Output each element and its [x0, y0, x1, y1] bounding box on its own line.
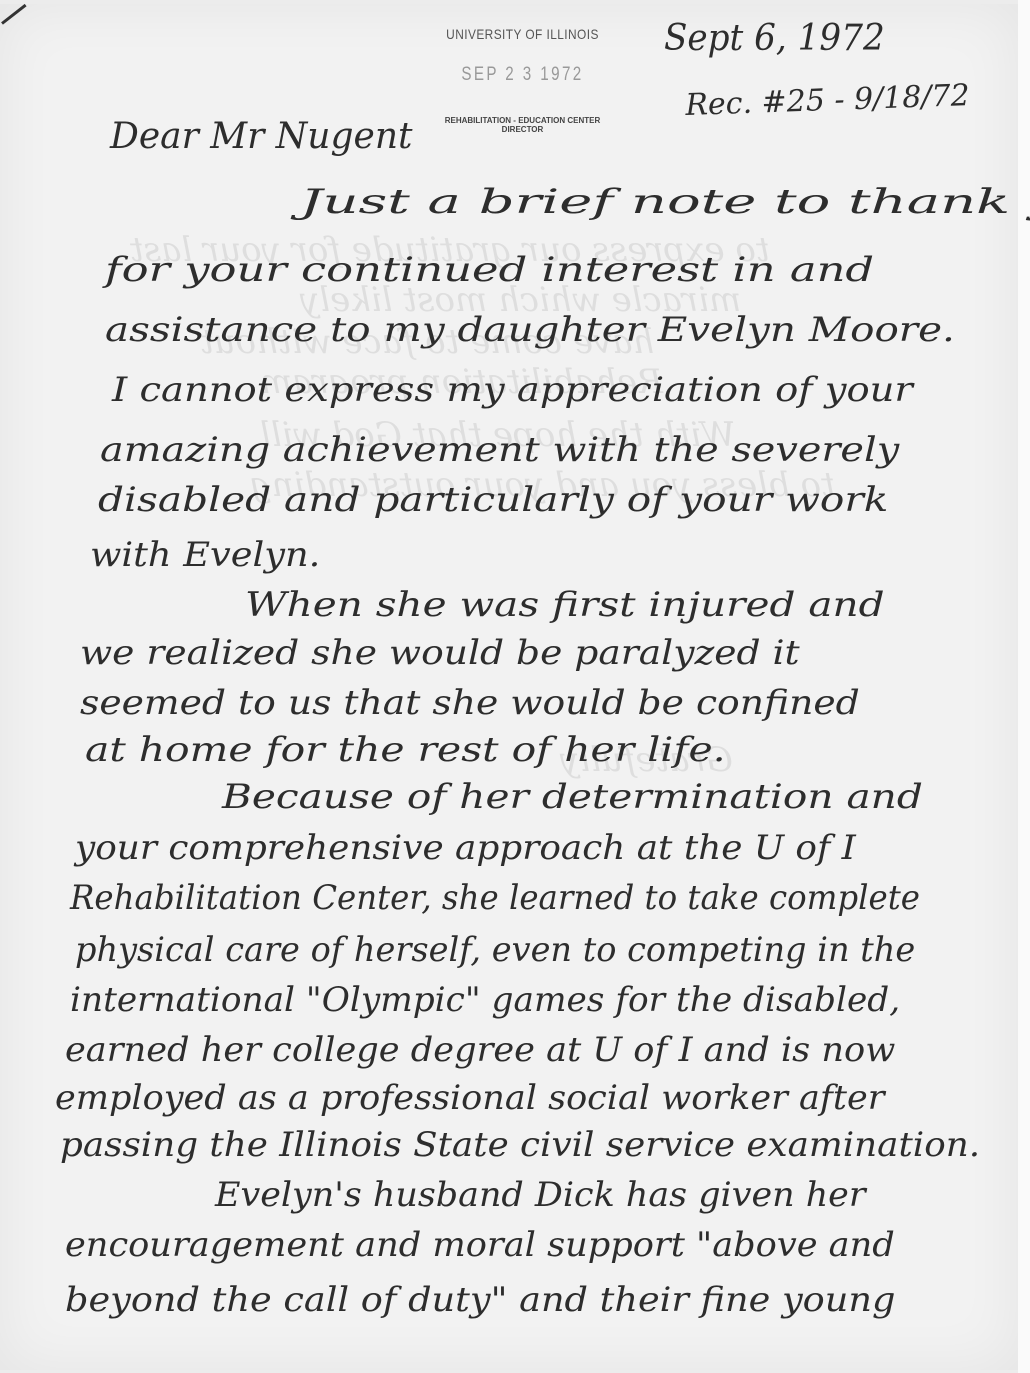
salutation: Dear Mr Nugent — [110, 116, 412, 157]
letter-line: beyond the call of duty" and their fine … — [65, 1280, 895, 1320]
received-stamp: UNIVERSITY OF ILLINOIS SEP 2 3 1972 REHA… — [425, 26, 620, 134]
letter-line: we realized she would be paralyzed it — [80, 633, 800, 673]
letter-line: amazing achievement with the severely — [100, 430, 899, 470]
letter-line: disabled and particularly of your work — [98, 480, 888, 520]
letter-line: at home for the rest of her life. — [85, 730, 726, 770]
letter-line: Evelyn's husband Dick has given her — [215, 1175, 866, 1215]
letter-line: seemed to us that she would be confined — [80, 683, 860, 723]
letter-line: When she was first injured and — [245, 585, 885, 625]
letter-line: your comprehensive approach at the U of … — [75, 828, 856, 868]
stamp-department: REHABILITATION - EDUCATION CENTER — [425, 116, 620, 125]
letter-line: with Evelyn. — [90, 535, 320, 575]
letter-line: assistance to my daughter Evelyn Moore. — [105, 310, 955, 350]
letter-line: passing the Illinois State civil service… — [60, 1125, 980, 1165]
letter-line: for your continued interest in and — [105, 250, 874, 290]
stamp-date: SEP 2 3 1972 — [445, 64, 601, 86]
letter-line: earned her college degree at U of I and … — [65, 1030, 895, 1070]
letter-line: Rehabilitation Center, she learned to ta… — [70, 878, 920, 918]
stamp-office: DIRECTOR — [425, 125, 620, 134]
letter-line: I cannot express my appreciation of your — [112, 370, 913, 410]
letter-line: employed as a professional social worker… — [55, 1078, 884, 1118]
stamp-institution: UNIVERSITY OF ILLINOIS — [440, 26, 606, 42]
letter-line: international "Olympic" games for the di… — [70, 980, 900, 1020]
letter-date: Sept 6, 1972 — [664, 18, 885, 59]
letter-line: Just a brief note to thank you — [300, 182, 1030, 222]
letter-line: Because of her determination and — [222, 777, 923, 817]
letter-line: encouragement and moral support "above a… — [65, 1225, 895, 1265]
letter-line: physical care of herself, even to compet… — [75, 930, 915, 970]
